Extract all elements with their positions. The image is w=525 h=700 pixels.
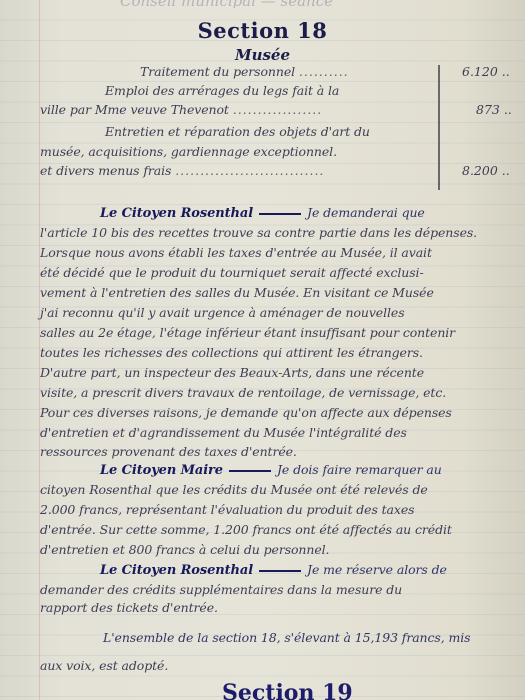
paragraph-2-line-4: d'entrée. Sur cette somme, 1.200 francs … <box>40 522 452 537</box>
paragraph-1-line-8: toutes les richesses des collections qui… <box>40 345 423 360</box>
conclusion-line-1: L'ensemble de la section 18, s'élevant à… <box>103 630 470 645</box>
budget-item-2-line-2: ville par Mme veuve Thevenot ...........… <box>40 102 322 117</box>
section-title: Section 18 <box>0 18 525 43</box>
paragraph-2-line-5: d'entretien et 800 francs à celui du per… <box>40 542 329 557</box>
paragraph-1-line-1: Le Citoyen RosenthalJe demanderai que <box>100 205 425 221</box>
speaker-name: Le Citoyen Rosenthal <box>100 206 253 221</box>
paragraph-2-line-2: citoyen Rosenthal que les crédits du Mus… <box>40 482 428 497</box>
speaker-dash <box>259 213 301 215</box>
budget-item-2-amount: 873 .. <box>476 102 512 117</box>
ledger-page: Conseil municipal — séance Section 18 Mu… <box>0 0 525 700</box>
section-subtitle: Musée <box>0 46 525 64</box>
paragraph-1-line-2: l'article 10 bis des recettes trouve sa … <box>40 225 477 240</box>
paragraph-3-line-2: demander des crédits supplémentaires dan… <box>40 582 402 597</box>
paragraph-1-line-12: d'entretien et d'agrandissement du Musée… <box>40 425 407 440</box>
paragraph-1-line-11: Pour ces diverses raisons, je demande qu… <box>40 405 452 420</box>
paragraph-3-line-3: rapport des tickets d'entrée. <box>40 600 218 615</box>
paragraph-2-line-3: 2.000 francs, représentant l'évaluation … <box>40 502 414 517</box>
budget-item-3-line-3: et divers menus frais ..................… <box>40 163 324 178</box>
speaker-dash <box>259 570 301 572</box>
amount-column-rule <box>438 65 440 190</box>
budget-item-3-line-1: Entretien et réparation des objets d'art… <box>105 124 370 139</box>
paragraph-1-line-10: visite, a prescrit divers travaux de ren… <box>40 385 446 400</box>
paragraph-1-line-9: D'autre part, un inspecteur des Beaux-Ar… <box>40 365 424 380</box>
paragraph-1-line-4: été décidé que le produit du tourniquet … <box>40 265 424 280</box>
paragraph-1-line-6: j'ai reconnu qu'il y avait urgence à amé… <box>40 305 405 320</box>
next-section-title: Section 19 <box>222 680 353 700</box>
budget-item-3-line-2: musée, acquisitions, gardiennage excepti… <box>40 144 337 159</box>
budget-item-1-amount: 6.120 .. <box>462 64 510 79</box>
paragraph-3-line-1: Le Citoyen RosenthalJe me réserve alors … <box>100 562 447 578</box>
budget-item-3-amount: 8.200 .. <box>462 163 510 178</box>
conclusion-line-2: aux voix, est adopté. <box>40 658 168 673</box>
speaker-name: Le Citoyen Maire <box>100 463 223 478</box>
speaker-dash <box>229 470 271 472</box>
paragraph-1-line-3: Lorsque nous avons établi les taxes d'en… <box>40 245 432 260</box>
paragraph-1-line-7: salles au 2e étage, l'étage inférieur ét… <box>40 325 455 340</box>
paragraph-2-line-1: Le Citoyen MaireJe dois faire remarquer … <box>100 462 442 478</box>
speaker-name: Le Citoyen Rosenthal <box>100 563 253 578</box>
paragraph-1-line-5: vement à l'entretien des salles du Musée… <box>40 285 434 300</box>
budget-item-2-line-1: Emploi des arrérages du legs fait à la <box>105 83 339 98</box>
budget-item-1-line-1: Traitement du personnel .......... <box>140 64 349 79</box>
faded-header-text: Conseil municipal — séance <box>120 0 500 8</box>
paragraph-1-line-13: ressources provenant des taxes d'entrée. <box>40 444 297 459</box>
